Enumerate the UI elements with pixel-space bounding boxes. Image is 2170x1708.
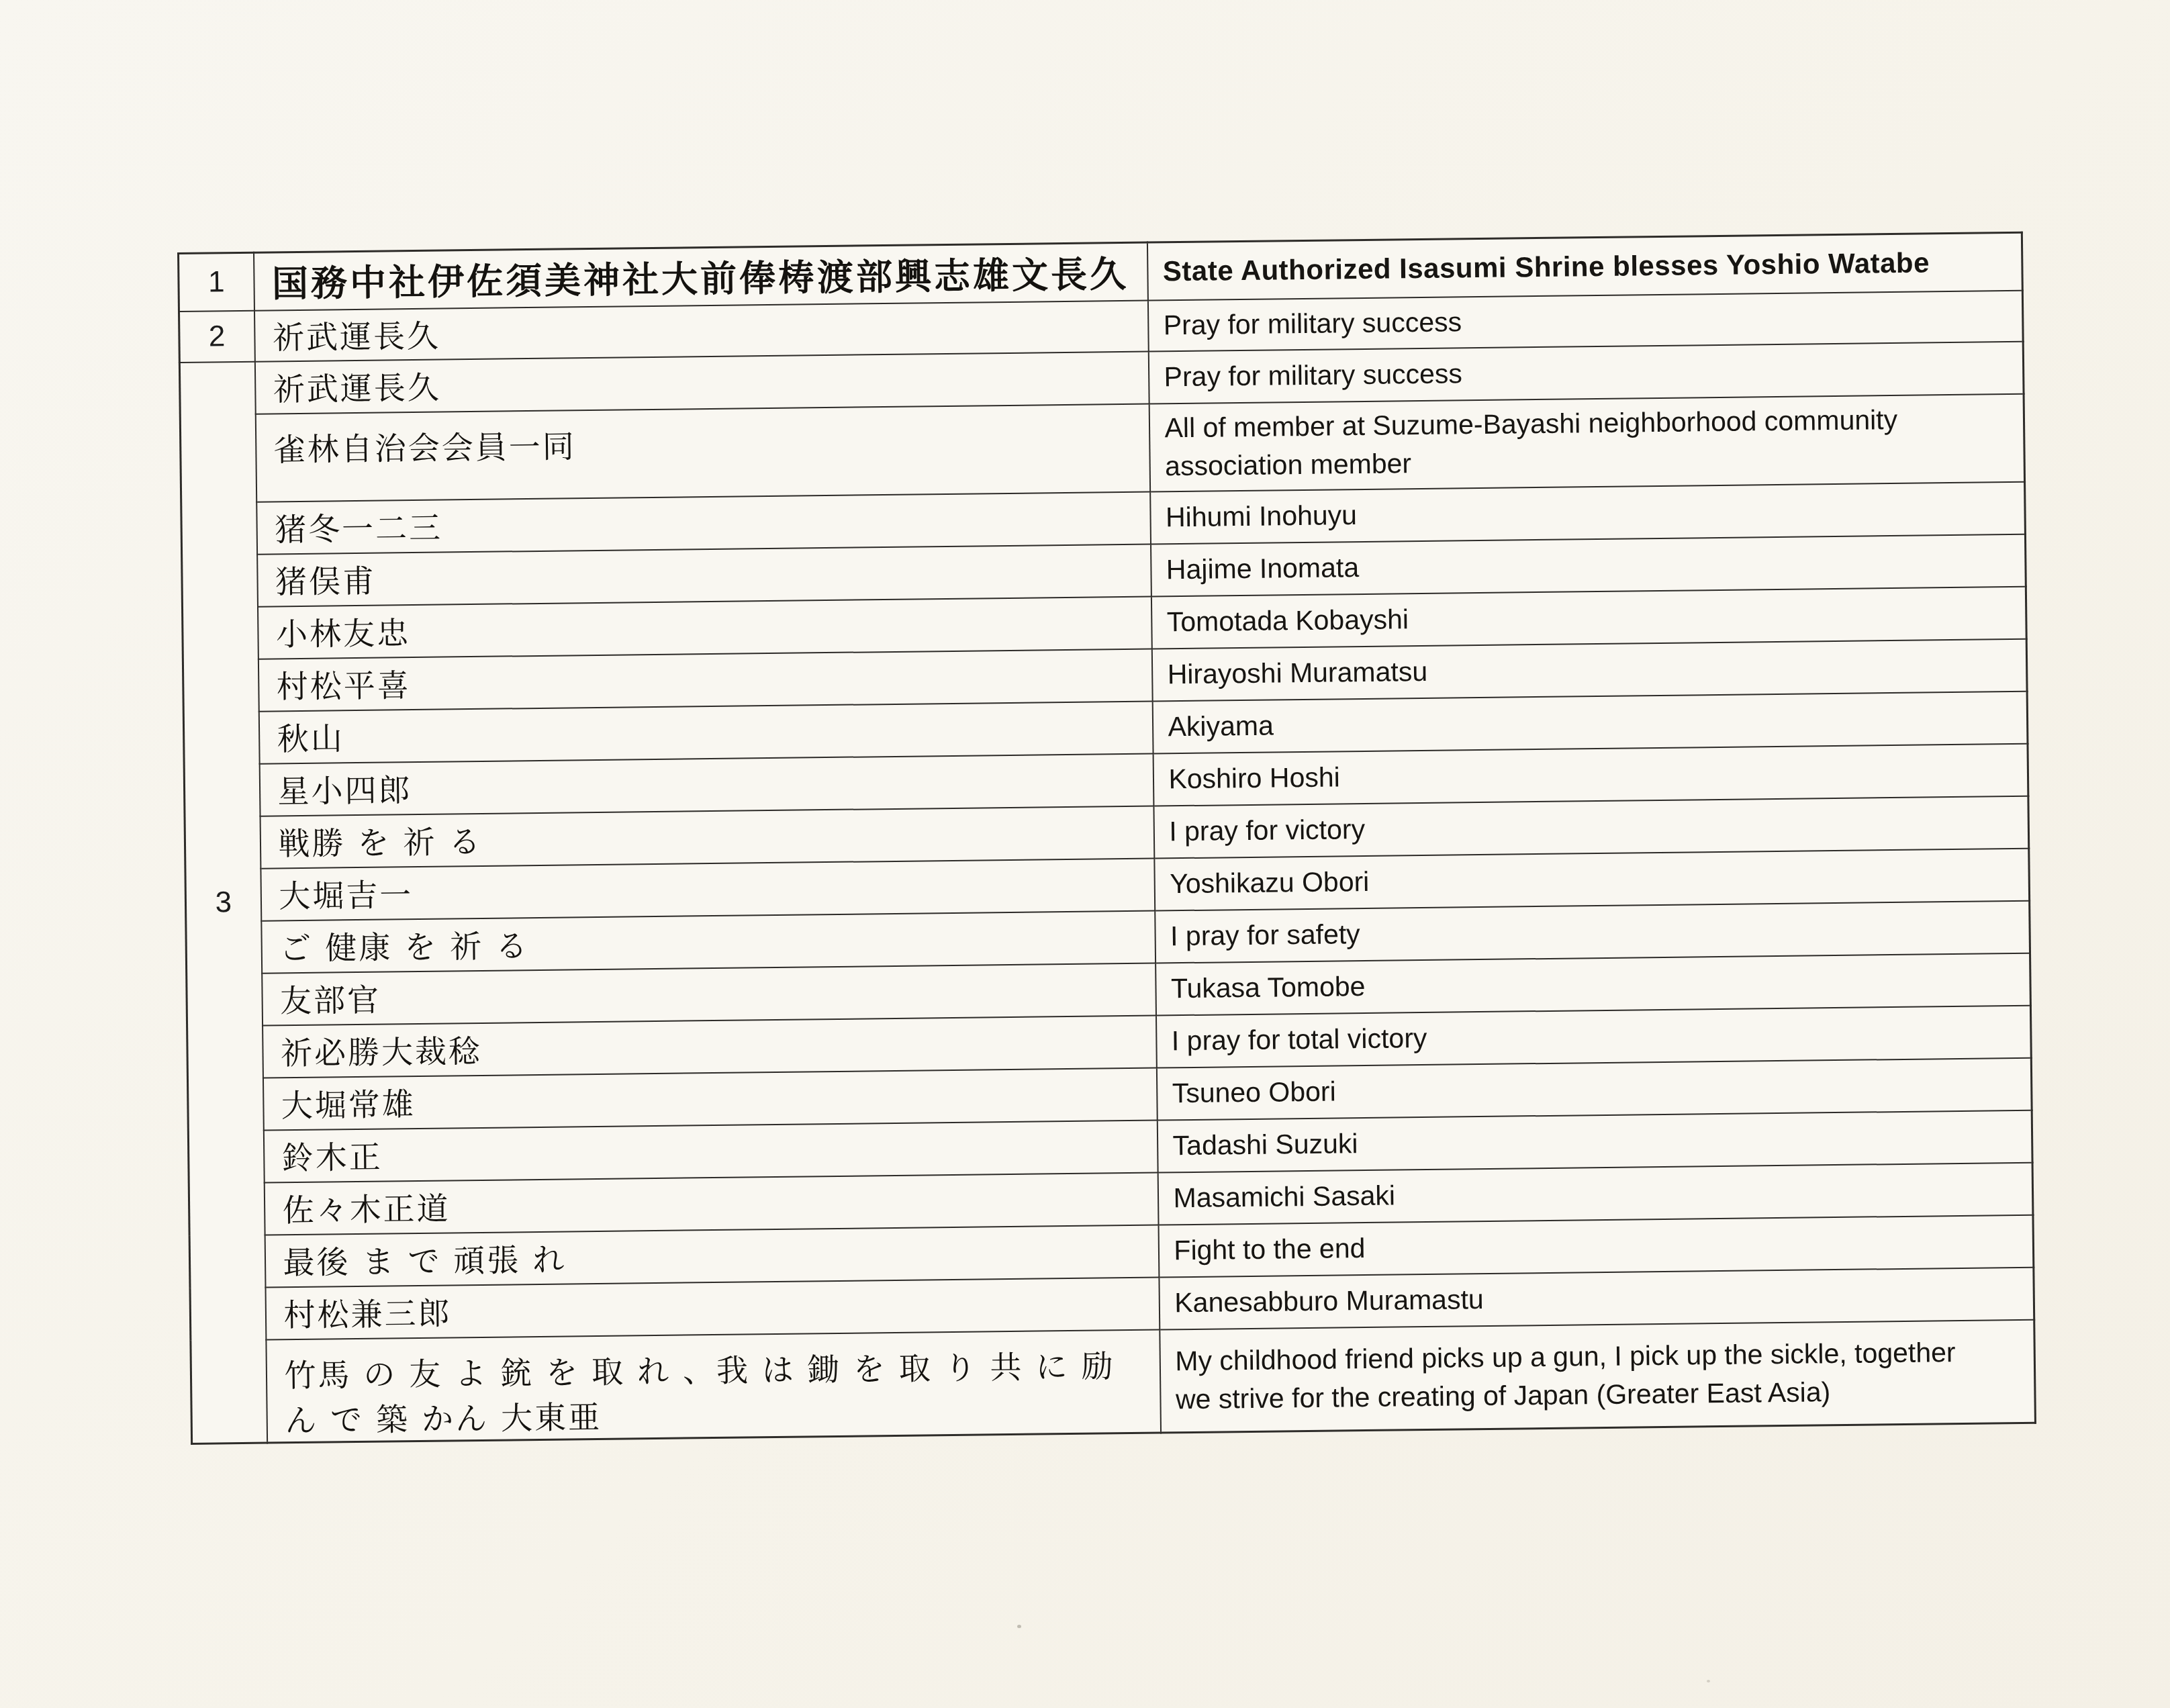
- english-text: Pray for military success: [1164, 359, 1462, 393]
- row-number: 2: [209, 320, 226, 352]
- japanese-text-cell: 星小四郎: [259, 753, 1153, 816]
- japanese-text: 大堀常雄: [281, 1086, 416, 1125]
- japanese-text: 大堀吉一: [279, 877, 414, 915]
- japanese-text: 小林友忠: [276, 615, 411, 653]
- english-text-cell: All of member at Suzume-Bayashi neighbor…: [1149, 393, 2024, 491]
- english-text-cell: Koshiro Hoshi: [1153, 743, 2028, 806]
- scan-speck: [1017, 1625, 1021, 1628]
- english-text: Koshiro Hoshi: [1168, 762, 1340, 795]
- row-number-cell: 2: [179, 310, 254, 362]
- english-text-cell: I pray for safety: [1155, 900, 2030, 963]
- japanese-text-cell: 村松平喜: [258, 649, 1152, 711]
- english-text-cell: Masamichi Sasaki: [1158, 1162, 2033, 1225]
- japanese-text-cell: 雀林自治会会員一同: [255, 404, 1149, 502]
- english-text-cell: I pray for total victory: [1155, 1005, 2031, 1067]
- japanese-text: 友部官: [280, 982, 381, 1021]
- japanese-text-cell: 大堀常雄: [263, 1067, 1157, 1130]
- english-text-cell: My childhood friend picks up a gun, I pi…: [1160, 1319, 2036, 1432]
- english-text: Hirayoshi Muramatsu: [1167, 656, 1427, 690]
- japanese-text: 最後 ま で 頑張 れ: [283, 1242, 566, 1282]
- english-text: Kanesabburo Muramastu: [1174, 1284, 1484, 1318]
- english-text-cell: Tadashi Suzuki: [1157, 1110, 2032, 1172]
- english-text-cell: Tsuneo Obori: [1156, 1057, 2032, 1120]
- english-text-cell: Tukasa Tomobe: [1155, 953, 2031, 1015]
- english-text: Hajime Inomata: [1166, 552, 1360, 585]
- table-row: 竹馬 の 友 よ 銃 を 取 れ 、我 は 鋤 を 取 り 共 に 励 ん で …: [191, 1319, 2036, 1443]
- japanese-text-cell: 鈴木正: [263, 1120, 1158, 1182]
- english-text: I pray for victory: [1169, 814, 1365, 847]
- english-text: State Authorized Isasumi Shrine blesses …: [1163, 246, 1930, 287]
- translation-table: 1 国務中社伊佐須美神社大前俸梼渡部興志雄文長久 State Authorize…: [177, 232, 2036, 1445]
- english-text: Hihumi Inohuyu: [1166, 500, 1357, 532]
- japanese-text: 国務中社伊佐須美神社大前俸梼渡部興志雄文長久: [272, 253, 1129, 305]
- english-text: I pray for total victory: [1172, 1023, 1427, 1056]
- english-text: I pray for safety: [1170, 918, 1360, 951]
- english-text: Tukasa Tomobe: [1171, 971, 1366, 1004]
- japanese-text: 祈必勝大裁稔: [281, 1033, 483, 1072]
- english-text: My childhood friend picks up a gun, I pi…: [1175, 1337, 1956, 1415]
- english-text-cell: Hihumi Inohuyu: [1150, 481, 2026, 544]
- english-text: Tsuneo Obori: [1172, 1076, 1336, 1109]
- japanese-text-cell: 祈必勝大裁稔: [263, 1015, 1157, 1078]
- japanese-text: ご 健康 を 祈 る: [279, 928, 529, 967]
- japanese-text-cell: 大堀吉一: [261, 858, 1155, 920]
- english-text-cell: I pray for victory: [1153, 796, 2029, 858]
- row-number-cell: 3: [179, 361, 267, 1443]
- english-text-cell: Yoshikazu Obori: [1154, 848, 2030, 910]
- row-number: 3: [215, 886, 232, 918]
- english-text-cell: Tomotada Kobayshi: [1151, 586, 2026, 649]
- japanese-text-cell: 猪俣甫: [257, 544, 1151, 606]
- english-text-cell: State Authorized Isasumi Shrine blesses …: [1147, 232, 2022, 300]
- english-text: Fight to the end: [1174, 1233, 1365, 1266]
- japanese-text-cell: ご 健康 を 祈 る: [261, 910, 1155, 973]
- english-text: Tomotada Kobayshi: [1167, 604, 1409, 637]
- japanese-text-cell: 友部官: [262, 963, 1156, 1025]
- japanese-text-cell: 村松兼三郎: [265, 1277, 1160, 1339]
- english-text-cell: Hajime Inomata: [1151, 534, 2026, 596]
- japanese-text: 星小四郎: [277, 772, 412, 810]
- japanese-text-cell: 竹馬 の 友 よ 銃 を 取 れ 、我 は 鋤 を 取 り 共 に 励 ん で …: [266, 1329, 1161, 1443]
- scan-speck: [1707, 1680, 1710, 1682]
- japanese-text: 祈武運長久: [273, 318, 441, 357]
- japanese-text: 佐々木正道: [282, 1190, 451, 1229]
- english-text: Akiyama: [1168, 710, 1274, 743]
- japanese-text-cell: 佐々木正道: [264, 1172, 1158, 1235]
- japanese-text-cell: 最後 ま で 頑張 れ: [265, 1225, 1159, 1287]
- japanese-text: 秋山: [277, 720, 344, 758]
- japanese-text-cell: 猪冬一二三: [256, 491, 1151, 554]
- row-number: 1: [208, 265, 225, 298]
- japanese-text: 猪冬一二三: [275, 510, 443, 549]
- japanese-text: 村松平喜: [277, 667, 412, 706]
- english-text: Tadashi Suzuki: [1172, 1128, 1358, 1161]
- english-text-cell: Kanesabburo Muramastu: [1159, 1267, 2034, 1329]
- japanese-text-cell: 秋山: [258, 701, 1153, 763]
- row-number-cell: 1: [179, 252, 254, 311]
- english-text-cell: Fight to the end: [1158, 1215, 2034, 1277]
- english-text-cell: Hirayoshi Muramatsu: [1151, 638, 2027, 701]
- english-text-cell: Pray for military success: [1148, 341, 2024, 404]
- english-text: Masamichi Sasaki: [1173, 1180, 1395, 1214]
- japanese-text: 竹馬 の 友 よ 銃 を 取 れ 、我 は 鋤 を 取 り 共 に 励 ん で …: [284, 1348, 1115, 1439]
- english-text-cell: Akiyama: [1152, 691, 2028, 753]
- japanese-text: 鈴木正: [282, 1139, 383, 1178]
- japanese-text: 猪俣甫: [275, 563, 377, 602]
- japanese-text-cell: 戦勝 を 祈 る: [260, 806, 1154, 868]
- japanese-text-cell: 祈武運長久: [254, 351, 1149, 414]
- japanese-text: 祈武運長久: [273, 370, 442, 409]
- english-text-cell: Pray for military success: [1147, 290, 2023, 351]
- japanese-text: 雀林自治会会員一同: [274, 428, 577, 469]
- japanese-text: 戦勝 を 祈 る: [278, 824, 482, 863]
- japanese-text-cell: 小林友忠: [257, 596, 1151, 659]
- japanese-text-cell: 国務中社伊佐須美神社大前俸梼渡部興志雄文長久: [254, 242, 1148, 310]
- english-text: Pray for military success: [1164, 307, 1462, 341]
- english-text: Yoshikazu Obori: [1170, 866, 1370, 899]
- english-text: All of member at Suzume-Bayashi neighbor…: [1164, 404, 1897, 481]
- japanese-text: 村松兼三郎: [283, 1295, 452, 1334]
